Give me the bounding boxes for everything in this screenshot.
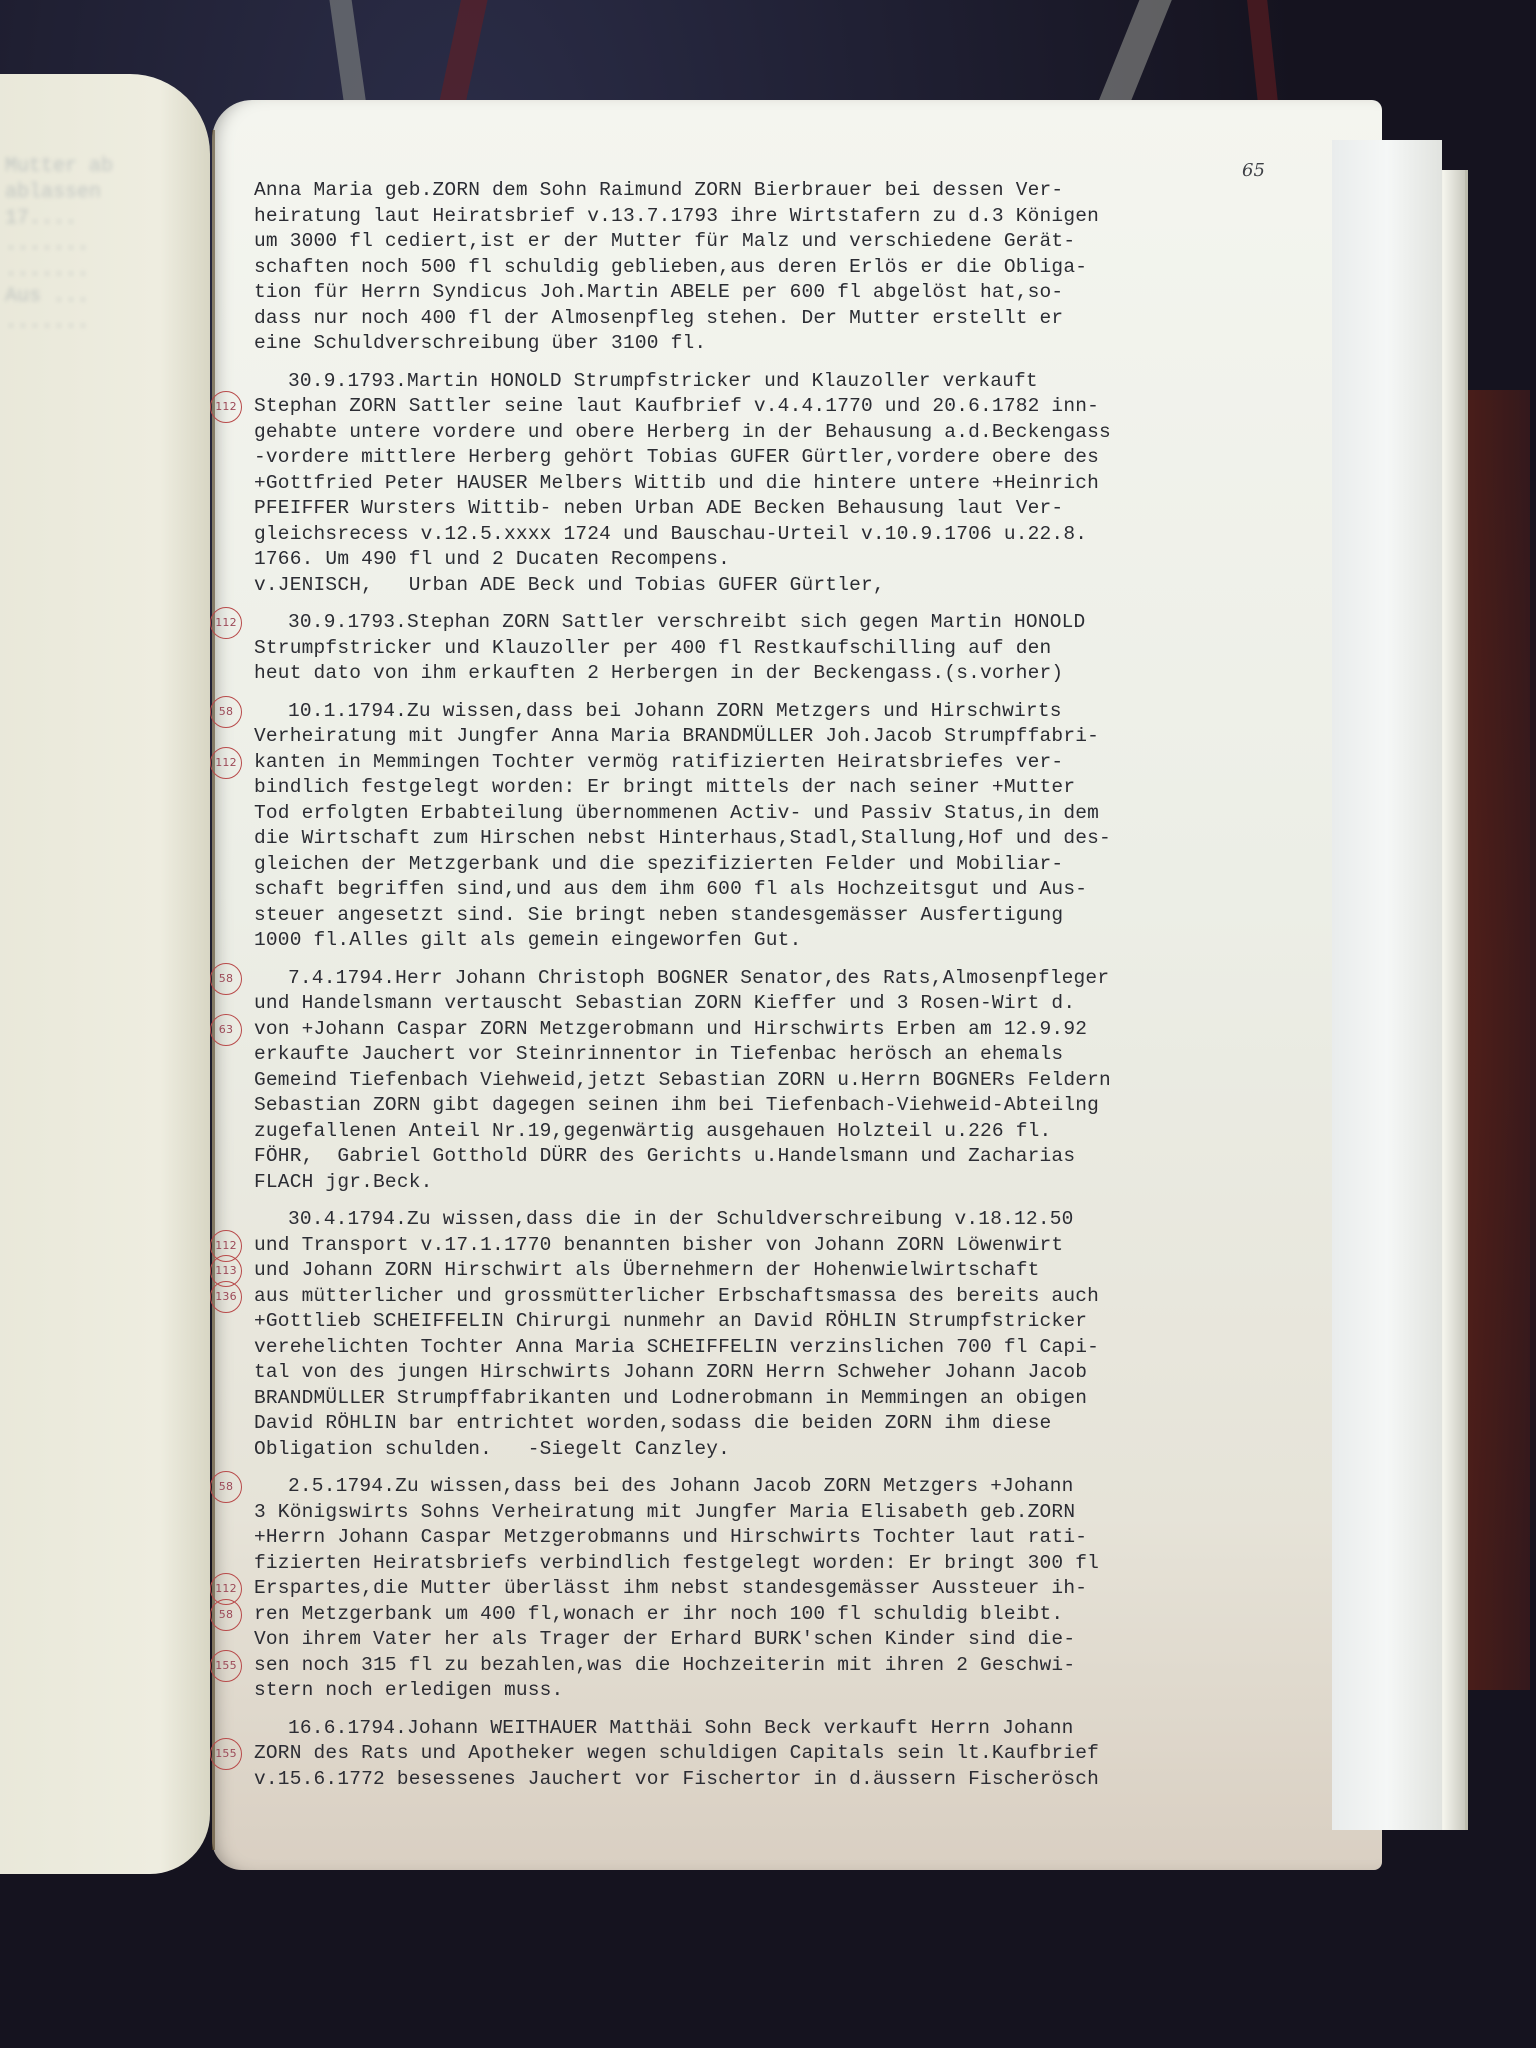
text-line: Gemeind Tiefenbach Viehweid,jetzt Sebast… xyxy=(254,1068,1334,1094)
text-line: ZORN des Rats und Apotheker wegen schuld… xyxy=(254,1741,1334,1767)
margin-annotation: 112 xyxy=(210,607,242,639)
text-line: und Johann ZORN Hirschwirt als Übernehme… xyxy=(254,1258,1334,1284)
record-entry: 16.6.1794.Johann WEITHAUER Matthäi Sohn … xyxy=(254,1716,1334,1793)
text-line: 2.5.1794.Zu wissen,dass bei des Johann J… xyxy=(254,1474,1334,1500)
text-line: zugefallenen Anteil Nr.19,gegenwärtig au… xyxy=(254,1119,1334,1145)
text-line: +Herrn Johann Caspar Metzgerobmanns und … xyxy=(254,1525,1334,1551)
text-line: BRANDMÜLLER Strumpffabrikanten und Lodne… xyxy=(254,1386,1334,1412)
text-line: FLACH jgr.Beck. xyxy=(254,1170,1334,1196)
record-entry: 30.9.1793.Martin HONOLD Strumpfstricker … xyxy=(254,369,1334,599)
margin-annotation: 155 xyxy=(210,1650,242,1682)
text-line: stern noch erledigen muss. xyxy=(254,1678,1334,1704)
text-line: PFEIFFER Wursters Wittib- neben Urban AD… xyxy=(254,496,1334,522)
text-line: Anna Maria geb.ZORN dem Sohn Raimund ZOR… xyxy=(254,178,1334,204)
text-line: 16.6.1794.Johann WEITHAUER Matthäi Sohn … xyxy=(254,1716,1334,1742)
text-line: Tod erfolgten Erbabteilung übernommenen … xyxy=(254,801,1334,827)
margin-annotation: 63 xyxy=(210,1014,242,1046)
margin-annotation: 136 xyxy=(210,1281,242,1313)
text-line: dass nur noch 400 fl der Almosenpfleg st… xyxy=(254,306,1334,332)
text-line: um 3000 fl cediert,ist er der Mutter für… xyxy=(254,229,1334,255)
text-line: sen noch 315 fl zu bezahlen,was die Hoch… xyxy=(254,1653,1334,1679)
text-line: -vordere mittlere Herberg gehört Tobias … xyxy=(254,445,1334,471)
text-line: kanten in Memmingen Tochter vermög ratif… xyxy=(254,750,1334,776)
text-line: +Gottlieb SCHEIFFELIN Chirurgi nunmehr a… xyxy=(254,1309,1334,1335)
text-line: gehabte untere vordere und obere Herberg… xyxy=(254,420,1334,446)
text-line: gleichen der Metzgerbank und die spezifi… xyxy=(254,852,1334,878)
text-line: und Handelsmann vertauscht Sebastian ZOR… xyxy=(254,991,1334,1017)
text-line: v.JENISCH, Urban ADE Beck und Tobias GUF… xyxy=(254,573,1334,599)
margin-annotation: 58 xyxy=(210,1599,242,1631)
text-line: und Transport v.17.1.1770 benannten bish… xyxy=(254,1233,1334,1259)
text-line: aus mütterlicher und grossmütterlicher E… xyxy=(254,1284,1334,1310)
text-line: fizierten Heiratsbriefs verbindlich fest… xyxy=(254,1551,1334,1577)
text-line: ren Metzgerbank um 400 fl,wonach er ihr … xyxy=(254,1602,1334,1628)
left-page-blurred-text: Mutter ab ablassen 17.... ....... ......… xyxy=(5,154,125,336)
document-page: 65 Anna Maria geb.ZORN dem Sohn Raimund … xyxy=(212,100,1382,1870)
text-line: erkaufte Jauchert vor Steinrinnentor in … xyxy=(254,1042,1334,1068)
text-line: schaft begriffen sind,und aus dem ihm 60… xyxy=(254,877,1334,903)
text-line: heut dato von ihm erkauften 2 Herbergen … xyxy=(254,661,1334,687)
text-line: steuer angesetzt sind. Sie bringt neben … xyxy=(254,903,1334,929)
margin-annotation: 58 xyxy=(210,1471,242,1503)
text-line: gleichsrecess v.12.5.xxxx 1724 und Bausc… xyxy=(254,522,1334,548)
text-line: schaften noch 500 fl schuldig geblieben,… xyxy=(254,255,1334,281)
text-line: 30.9.1793.Stephan ZORN Sattler verschrei… xyxy=(254,610,1334,636)
text-line: heiratung laut Heiratsbrief v.13.7.1793 … xyxy=(254,204,1334,230)
text-line: 30.4.1794.Zu wissen,dass die in der Schu… xyxy=(254,1207,1334,1233)
text-line: 10.1.1794.Zu wissen,dass bei Johann ZORN… xyxy=(254,699,1334,725)
text-line: 30.9.1793.Martin HONOLD Strumpfstricker … xyxy=(254,369,1334,395)
text-line: die Wirtschaft zum Hirschen nebst Hinter… xyxy=(254,826,1334,852)
margin-annotation: 58 xyxy=(210,696,242,728)
margin-annotation: 155 xyxy=(210,1738,242,1770)
margin-annotation: 112 xyxy=(210,391,242,423)
text-line: eine Schuldverschreibung über 3100 fl. xyxy=(254,331,1334,357)
text-line: tion für Herrn Syndicus Joh.Martin ABELE… xyxy=(254,280,1334,306)
text-line: 7.4.1794.Herr Johann Christoph BOGNER Se… xyxy=(254,966,1334,992)
record-entry: 7.4.1794.Herr Johann Christoph BOGNER Se… xyxy=(254,966,1334,1196)
text-line: Strumpfstricker und Klauzoller per 400 f… xyxy=(254,636,1334,662)
text-line: David RÖHLIN bar entrichtet worden,sodas… xyxy=(254,1411,1334,1437)
record-entry: Anna Maria geb.ZORN dem Sohn Raimund ZOR… xyxy=(254,178,1334,357)
text-line: 3 Königswirts Sohns Verheiratung mit Jun… xyxy=(254,1500,1334,1526)
left-page: Mutter ab ablassen 17.... ....... ......… xyxy=(0,74,210,1874)
text-line: 1000 fl.Alles gilt als gemein eingeworfe… xyxy=(254,928,1334,954)
page-flap xyxy=(1332,140,1442,1830)
text-line: bindlich festgelegt worden: Er bringt mi… xyxy=(254,775,1334,801)
text-line: v.15.6.1772 besessenes Jauchert vor Fisc… xyxy=(254,1767,1334,1793)
document-body: Anna Maria geb.ZORN dem Sohn Raimund ZOR… xyxy=(254,178,1334,1804)
text-line: Sebastian ZORN gibt dagegen seinen ihm b… xyxy=(254,1093,1334,1119)
text-line: Obligation schulden. -Siegelt Canzley. xyxy=(254,1437,1334,1463)
record-entry: 30.9.1793.Stephan ZORN Sattler verschrei… xyxy=(254,610,1334,687)
text-line: Verheiratung mit Jungfer Anna Maria BRAN… xyxy=(254,724,1334,750)
text-line: tal von des jungen Hirschwirts Johann ZO… xyxy=(254,1360,1334,1386)
text-line: Erspartes,die Mutter überlässt ihm nebst… xyxy=(254,1576,1334,1602)
text-line: +Gottfried Peter HAUSER Melbers Wittib u… xyxy=(254,471,1334,497)
text-line: Stephan ZORN Sattler seine laut Kaufbrie… xyxy=(254,394,1334,420)
text-line: FÖHR, Gabriel Gotthold DÜRR des Gerichts… xyxy=(254,1144,1334,1170)
text-line: verehelichten Tochter Anna Maria SCHEIFF… xyxy=(254,1335,1334,1361)
margin-annotation: 58 xyxy=(210,963,242,995)
text-line: 1766. Um 490 fl und 2 Ducaten Recompens. xyxy=(254,547,1334,573)
margin-annotation: 112 xyxy=(210,747,242,779)
record-entry: 30.4.1794.Zu wissen,dass die in der Schu… xyxy=(254,1207,1334,1462)
record-entry: 10.1.1794.Zu wissen,dass bei Johann ZORN… xyxy=(254,699,1334,954)
text-line: von +Johann Caspar ZORN Metzgerobmann un… xyxy=(254,1017,1334,1043)
record-entry: 2.5.1794.Zu wissen,dass bei des Johann J… xyxy=(254,1474,1334,1704)
text-line: Von ihrem Vater her als Trager der Erhar… xyxy=(254,1627,1334,1653)
